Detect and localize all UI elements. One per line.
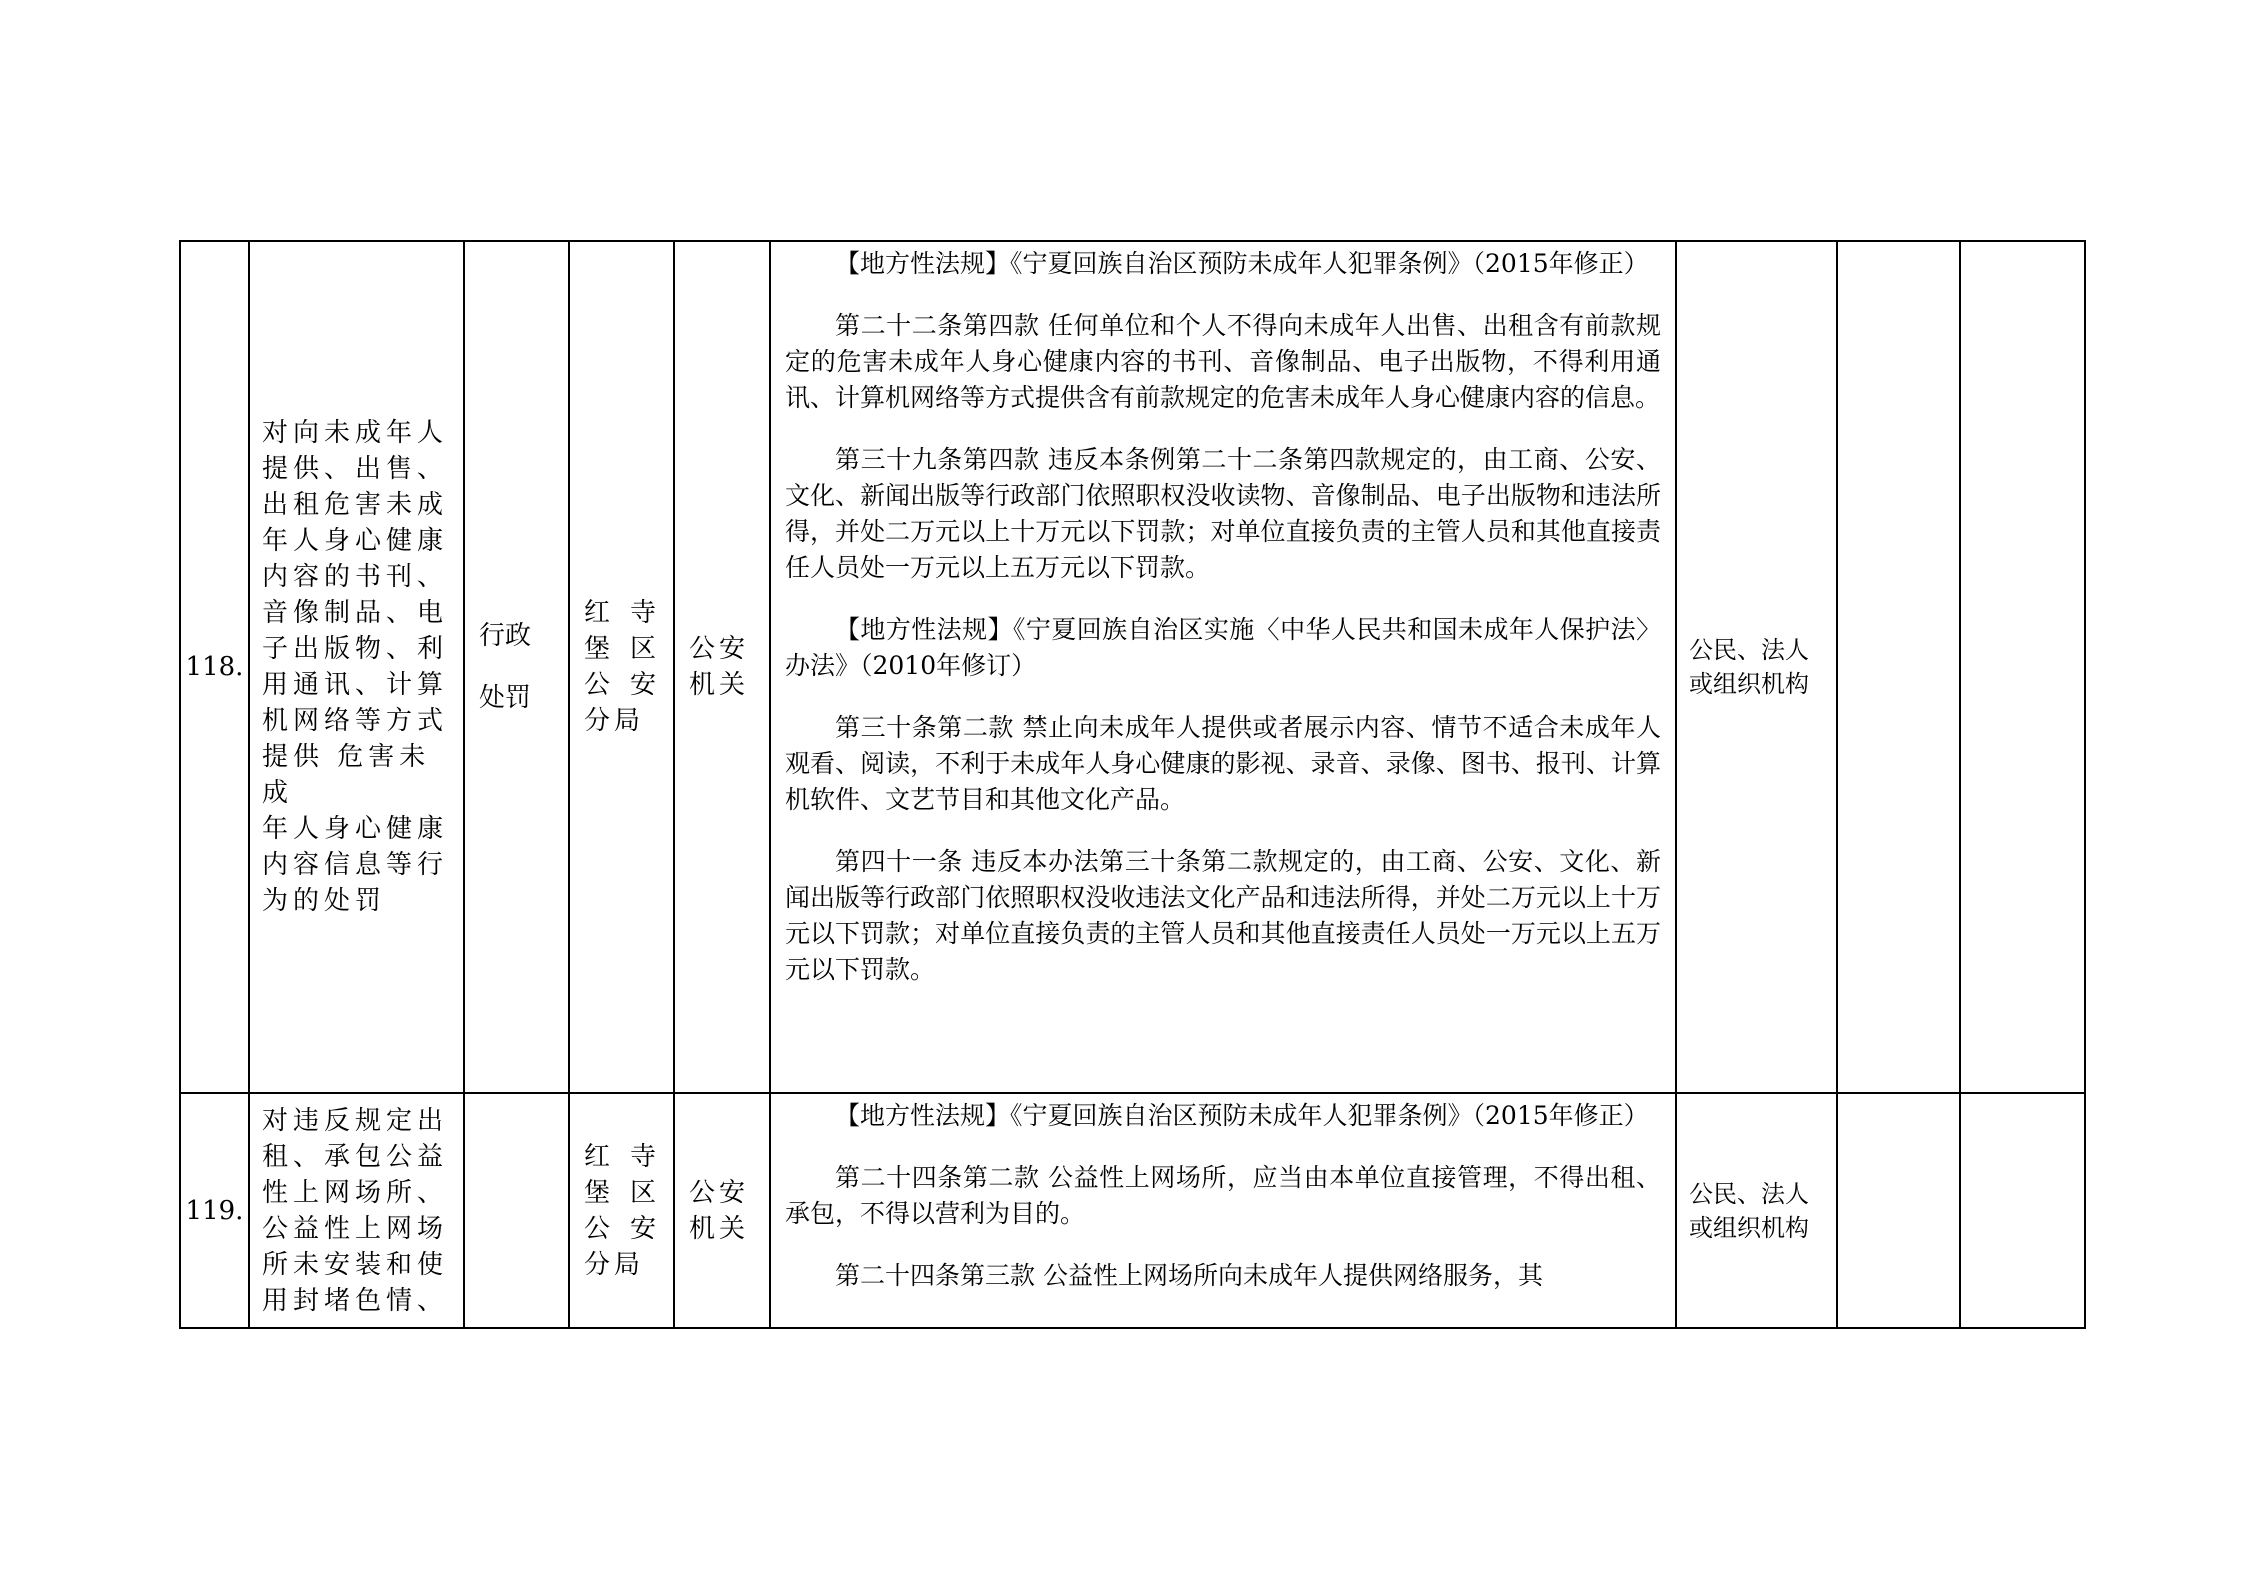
item-kind-line: 处罚: [479, 667, 568, 729]
basis-paragraph: 【地方性法规】《宁夏回族自治区预防未成年人犯罪条例》（2015年修正）: [785, 1098, 1661, 1134]
item-name-line: 提供、出售、: [262, 451, 451, 487]
basis-paragraph: 第三十九条第四款 违反本条例第二十二条第四款规定的，由工商、公安、文化、新闻出版…: [785, 442, 1661, 586]
implementing-org: 红寺 堡区 公安 分局: [569, 1093, 674, 1328]
dept-line: 公安: [689, 1175, 755, 1211]
responsible-dept: 公安 机关: [674, 241, 770, 1093]
item-name-line: 出租危害未成: [262, 487, 451, 523]
basis-paragraph: 第二十四条第三款 公益性上网场所向未成年人提供网络服务，其: [785, 1258, 1661, 1294]
org-line: 分局: [584, 1247, 661, 1283]
item-name-line: 性上网场所、: [262, 1175, 451, 1211]
org-line: 分局: [584, 703, 661, 739]
item-name-line: 机网络等方式: [262, 703, 451, 739]
org-char: 红: [584, 595, 614, 631]
org-line: 红寺: [584, 595, 660, 631]
item-name-line: 所未安装和使: [262, 1247, 451, 1283]
item-name-line: 租、承包公益: [262, 1139, 451, 1175]
table-row: 119. 对违反规定出 租、承包公益 性上网场所、 公益性上网场 所未安装和使 …: [180, 1093, 2085, 1328]
item-number: 118.: [180, 241, 249, 1093]
target-line: 或组织机构: [1689, 667, 1836, 701]
dept-line: 机关: [689, 1211, 755, 1247]
org-char: 寺: [630, 1139, 660, 1175]
legal-basis: 【地方性法规】《宁夏回族自治区预防未成年人犯罪条例》（2015年修正） 第二十四…: [770, 1093, 1676, 1328]
target-subject: 公民、法人 或组织机构: [1676, 241, 1837, 1093]
basis-paragraph: 第二十二条第四款 任何单位和个人不得向未成年人出售、出租含有前款规定的危害未成年…: [785, 308, 1661, 416]
org-char: 堡: [584, 631, 614, 667]
target-line: 公民、法人: [1689, 633, 1836, 667]
basis-paragraph: 【地方性法规】《宁夏回族自治区预防未成年人犯罪条例》（2015年修正）: [785, 246, 1661, 282]
item-name-line: 为的处罚: [262, 883, 451, 919]
item-name-line: 公益性上网场: [262, 1211, 451, 1247]
table-row: 118. 对向未成年人 提供、出售、 出租危害未成 年人身心健康 内容的书刊、 …: [180, 241, 2085, 1093]
item-name-line: 提供 危害未成: [262, 739, 451, 811]
item-name-line: 音像制品、电: [262, 595, 451, 631]
basis-paragraph: 【地方性法规】《宁夏回族自治区实施〈中华人民共和国未成年人保护法〉办法》（201…: [785, 612, 1661, 684]
org-line: 堡区: [584, 1175, 660, 1211]
org-line: 红寺: [584, 1139, 660, 1175]
item-name-line: 用封堵色情、: [262, 1283, 451, 1319]
org-char: 红: [584, 1139, 614, 1175]
item-name-line: 对违反规定出: [262, 1103, 451, 1139]
item-name-line: 内容的书刊、: [262, 559, 451, 595]
item-name-line: 对向未成年人: [262, 415, 451, 451]
target-subject: 公民、法人 或组织机构: [1676, 1093, 1837, 1328]
empty-cell: [1837, 241, 1960, 1093]
item-number: 119.: [180, 1093, 249, 1328]
item-name: 对向未成年人 提供、出售、 出租危害未成 年人身心健康 内容的书刊、 音像制品、…: [249, 241, 464, 1093]
implementing-org: 红寺 堡区 公安 分局: [569, 241, 674, 1093]
org-line: 堡区: [584, 631, 660, 667]
empty-cell: [1837, 1093, 1960, 1328]
org-char: 公: [584, 667, 614, 703]
org-char: 区: [630, 631, 660, 667]
org-char: 安: [630, 1211, 660, 1247]
dept-line: 机关: [689, 667, 755, 703]
dept-line: 公安: [689, 631, 755, 667]
basis-paragraph: 第四十一条 违反本办法第三十条第二款规定的，由工商、公安、文化、新闻出版等行政部…: [785, 844, 1661, 988]
org-line: 公安: [584, 1211, 660, 1247]
org-char: 区: [630, 1175, 660, 1211]
item-name-line: 子出版物、利: [262, 631, 451, 667]
target-line: 或组织机构: [1689, 1211, 1836, 1245]
basis-paragraph: 第二十四条第二款 公益性上网场所，应当由本单位直接管理，不得出租、承包，不得以营…: [785, 1160, 1661, 1232]
item-name-line: 用通讯、计算: [262, 667, 451, 703]
enforcement-items-table: 118. 对向未成年人 提供、出售、 出租危害未成 年人身心健康 内容的书刊、 …: [179, 240, 2086, 1329]
item-name-line: 年人身心健康: [262, 523, 451, 559]
org-char: 寺: [630, 595, 660, 631]
item-name-line: 内容信息等行: [262, 847, 451, 883]
org-line: 公安: [584, 667, 660, 703]
responsible-dept: 公安 机关: [674, 1093, 770, 1328]
legal-basis: 【地方性法规】《宁夏回族自治区预防未成年人犯罪条例》（2015年修正） 第二十二…: [770, 241, 1676, 1093]
org-char: 公: [584, 1211, 614, 1247]
target-line: 公民、法人: [1689, 1177, 1836, 1211]
item-name-line: 年人身心健康: [262, 811, 451, 847]
org-char: 安: [630, 667, 660, 703]
empty-cell: [1960, 1093, 2085, 1328]
item-kind: [464, 1093, 569, 1328]
item-kind: 行政 处罚: [464, 241, 569, 1093]
item-kind-line: 行政: [479, 605, 568, 667]
basis-paragraph: 第三十条第二款 禁止向未成年人提供或者展示内容、情节不适合未成年人观看、阅读，不…: [785, 710, 1661, 818]
empty-cell: [1960, 241, 2085, 1093]
org-char: 堡: [584, 1175, 614, 1211]
item-name: 对违反规定出 租、承包公益 性上网场所、 公益性上网场 所未安装和使 用封堵色情…: [249, 1093, 464, 1328]
